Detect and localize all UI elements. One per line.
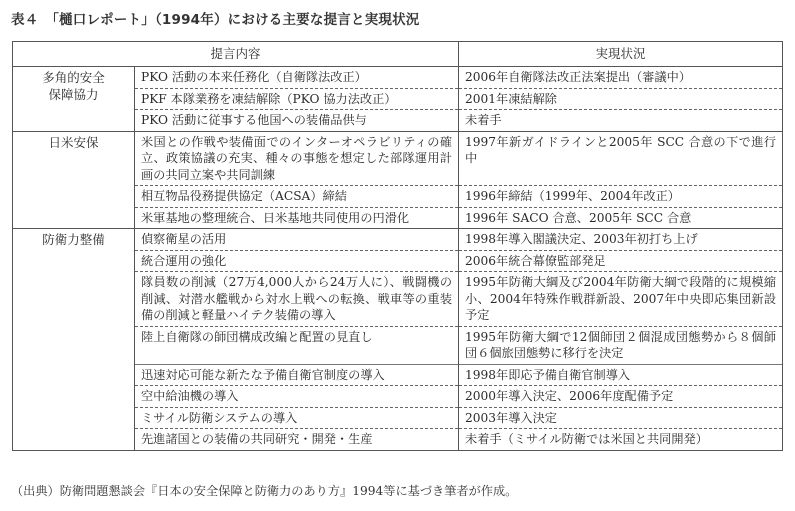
status-cell: 2001年凍結解除 xyxy=(459,88,783,110)
header-row: 提言内容 実現状況 xyxy=(13,42,783,67)
proposal-cell: 隊員数の削減（27万4,000人から24万人に）、戦闘機の削減、対潜水艦戦から対… xyxy=(135,272,459,327)
status-cell: 1995年防衛大綱で12個師団２個混成団態勢から８個師団６個旅団態勢に移行を決定 xyxy=(459,326,783,364)
status-cell: 未着手（ミサイル防衛では米国と共同開発） xyxy=(459,429,783,451)
source-footnote: （出典）防衛問題懇談会『日本の安全保障と防衛力のあり方』1994等に基づき筆者が… xyxy=(11,482,517,499)
category-line: 保障協力 xyxy=(19,86,128,103)
proposal-cell: ミサイル防衛システムの導入 xyxy=(135,407,459,429)
status-cell: 1998年導入閣議決定、2003年初打ち上げ xyxy=(459,229,783,251)
proposal-cell: 相互物品役務提供協定（ACSA）締結 xyxy=(135,186,459,208)
status-cell: 1996年締結（1999年、2004年改正） xyxy=(459,186,783,208)
category-line: 多角的安全 xyxy=(19,69,128,86)
status-cell: 2006年統合幕僚監部発足 xyxy=(459,250,783,272)
header-status: 実現状況 xyxy=(459,42,783,67)
category-cell-multilateral: 多角的安全 保障協力 xyxy=(13,67,135,132)
table-row: 日米安保 米国との作戦や装備面でのインターオペラビリティの確立、政策協議の充実、… xyxy=(13,131,783,186)
proposal-cell: 米軍基地の整理統合、日米基地共同使用の円滑化 xyxy=(135,207,459,229)
table-title: 表４ 「樋口レポート」（1994年）における主要な提言と実現状況 xyxy=(11,8,419,28)
proposal-cell: 迅速対応可能な新たな予備自衛官制度の導入 xyxy=(135,364,459,386)
status-cell: 1997年新ガイドラインと2005年 SCC 合意の下で進行中 xyxy=(459,131,783,186)
category-line: 日米安保 xyxy=(19,134,128,151)
proposal-cell: 陸上自衛隊の師団構成改編と配置の見直し xyxy=(135,326,459,364)
proposal-cell: PKO 活動の本来任務化（自衛隊法改正） xyxy=(135,67,459,89)
header-proposal: 提言内容 xyxy=(13,42,459,67)
status-cell: 2003年導入決定 xyxy=(459,407,783,429)
proposal-cell: 米国との作戦や装備面でのインターオペラビリティの確立、政策協議の充実、種々の事態… xyxy=(135,131,459,186)
table-row: 防衛力整備 偵察衛星の活用 1998年導入閣議決定、2003年初打ち上げ xyxy=(13,229,783,251)
proposal-cell: PKF 本隊業務を凍結解除（PKO 協力法改正） xyxy=(135,88,459,110)
proposals-table: 提言内容 実現状況 多角的安全 保障協力 PKO 活動の本来任務化（自衛隊法改正… xyxy=(12,41,783,451)
category-line: 防衛力整備 xyxy=(19,231,128,248)
proposal-cell: 偵察衛星の活用 xyxy=(135,229,459,251)
table-row: 多角的安全 保障協力 PKO 活動の本来任務化（自衛隊法改正） 2006年自衛隊… xyxy=(13,67,783,89)
proposal-cell: 空中給油機の導入 xyxy=(135,386,459,408)
status-cell: 1996年 SACO 合意、2005年 SCC 合意 xyxy=(459,207,783,229)
status-cell: 1995年防衛大綱及び2004年防衛大綱で段階的に規模縮小、2004年特殊作戦群… xyxy=(459,272,783,327)
status-cell: 1998年即応予備自衛官制導入 xyxy=(459,364,783,386)
status-cell: 2000年導入決定、2006年度配備予定 xyxy=(459,386,783,408)
category-cell-defense-buildup: 防衛力整備 xyxy=(13,229,135,451)
proposal-cell: PKO 活動に従事する他国への装備品供与 xyxy=(135,110,459,132)
status-cell: 2006年自衛隊法改正法案提出（審議中） xyxy=(459,67,783,89)
proposal-cell: 先進諸国との装備の共同研究・開発・生産 xyxy=(135,429,459,451)
proposal-cell: 統合運用の強化 xyxy=(135,250,459,272)
status-cell: 未着手 xyxy=(459,110,783,132)
category-cell-us-japan-security: 日米安保 xyxy=(13,131,135,229)
